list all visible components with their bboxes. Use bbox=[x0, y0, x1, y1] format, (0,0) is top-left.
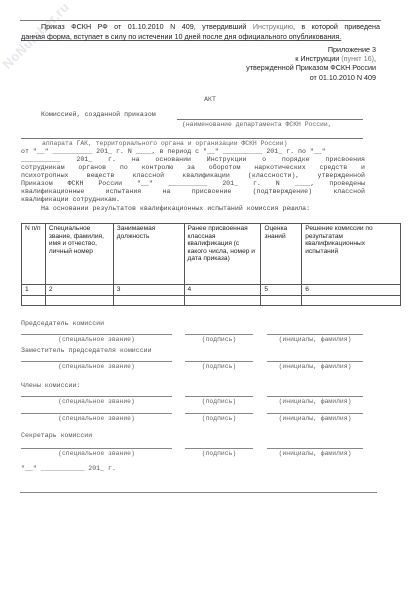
act-title: АКТ bbox=[0, 96, 420, 103]
header-position: Занимаемая должность bbox=[113, 224, 184, 285]
member-2-rank-line[interactable] bbox=[21, 413, 172, 414]
members-label: Члены комиссии: bbox=[21, 382, 80, 389]
column-number: 5 bbox=[261, 285, 302, 296]
header-rank-name: Специальное звание, фамилия, имя и отчес… bbox=[45, 224, 113, 285]
qualification-table: N п/п Специальное звание, фамилия, имя и… bbox=[21, 223, 401, 306]
initials-caption: (инициалы, фамилия) bbox=[267, 450, 363, 457]
table-cell[interactable] bbox=[302, 295, 401, 305]
table-column-numbers-row: 1 2 3 4 5 6 bbox=[22, 285, 401, 296]
initials-caption: (инициалы, фамилия) bbox=[267, 336, 363, 343]
column-number: 6 bbox=[302, 285, 401, 296]
instruction-point-link[interactable]: (пункт 16) bbox=[341, 54, 374, 63]
column-number: 3 bbox=[113, 285, 184, 296]
header-commission-decision: Решение комиссии по результатам квалифик… bbox=[302, 224, 401, 285]
chairman-label: Председатель комиссии bbox=[21, 320, 104, 327]
table-cell[interactable] bbox=[22, 295, 46, 305]
secretary-initials-line[interactable] bbox=[267, 448, 363, 449]
decision-intro: На основании результатов квалификационны… bbox=[41, 205, 310, 213]
chairman-rank-line[interactable] bbox=[21, 334, 172, 335]
member-2-initials-line[interactable] bbox=[267, 413, 363, 414]
notice-line-2: данная форма, вступает в силу по истечен… bbox=[21, 32, 380, 42]
appendix-text: , bbox=[374, 54, 376, 63]
initials-caption: (инициалы, фамилия) bbox=[267, 398, 363, 405]
signature-caption: (подпись) bbox=[185, 363, 253, 370]
appendix-number: Приложение 3 bbox=[246, 45, 376, 54]
deputy-signature-line[interactable] bbox=[185, 361, 253, 362]
notice-top-rule bbox=[20, 20, 381, 21]
table-cell[interactable] bbox=[113, 295, 184, 305]
header-number: N п/п bbox=[22, 224, 46, 285]
deputy-initials-line[interactable] bbox=[267, 361, 363, 362]
header-previous-qualification: Ранее присвоенная классная квалификация … bbox=[184, 224, 261, 285]
secretary-signature-line[interactable] bbox=[185, 448, 253, 449]
appendix-instruction: к Инструкции (пункт 16), bbox=[246, 54, 376, 63]
table-header-row: N п/п Специальное звание, фамилия, имя и… bbox=[22, 224, 401, 285]
bottom-rule bbox=[20, 492, 377, 493]
secretary-label: Секретарь комиссии bbox=[21, 432, 92, 439]
secretary-rank-line[interactable] bbox=[21, 448, 172, 449]
initials-caption: (инициалы, фамилия) bbox=[267, 415, 363, 422]
chairman-signature-line[interactable] bbox=[185, 334, 253, 335]
dept-field-line[interactable] bbox=[21, 138, 363, 139]
table-cell[interactable] bbox=[261, 295, 302, 305]
signature-caption: (подпись) bbox=[185, 398, 253, 405]
appendix-text: к Инструкции bbox=[295, 54, 341, 63]
rank-caption: (специальное звание) bbox=[21, 415, 172, 422]
appendix-approved: утвержденной Приказом ФСКН России bbox=[246, 63, 376, 72]
signature-caption: (подпись) bbox=[185, 415, 253, 422]
column-number: 1 bbox=[22, 285, 46, 296]
column-number: 4 bbox=[184, 285, 261, 296]
legal-notice: Приказ ФСКН РФ от 01.10.2010 N 409, утве… bbox=[21, 22, 380, 42]
instruction-link[interactable]: Инструкцию bbox=[253, 22, 293, 31]
chairman-initials-line[interactable] bbox=[267, 334, 363, 335]
table-cell[interactable] bbox=[184, 295, 261, 305]
signature-caption: (подпись) bbox=[185, 336, 253, 343]
commission-label: Комиссией, созданной приказом bbox=[41, 111, 156, 119]
act-date: "__" ___________ 201_ г. bbox=[21, 465, 116, 472]
deputy-label: Заместитель председателя комиссии bbox=[21, 347, 152, 354]
signature-caption: (подпись) bbox=[185, 450, 253, 457]
rank-caption: (специальное звание) bbox=[21, 450, 172, 457]
member-1-initials-line[interactable] bbox=[267, 396, 363, 397]
member-1-rank-line[interactable] bbox=[21, 396, 172, 397]
act-paragraph-6: квалификации сотрудникам. bbox=[21, 196, 365, 204]
column-number: 2 bbox=[45, 285, 113, 296]
rank-caption: (специальное звание) bbox=[21, 398, 172, 405]
deputy-rank-line[interactable] bbox=[21, 361, 172, 362]
notice-line-1: Приказ ФСКН РФ от 01.10.2010 N 409, утве… bbox=[21, 22, 380, 32]
table-row bbox=[22, 295, 401, 305]
rank-caption: (специальное звание) bbox=[21, 363, 172, 370]
member-1-signature-line[interactable] bbox=[185, 396, 253, 397]
table-cell[interactable] bbox=[45, 295, 113, 305]
appendix-date: от 01.10.2010 N 409 bbox=[246, 73, 376, 82]
notice-text: , в которой приведена bbox=[293, 22, 380, 31]
rank-caption: (специальное звание) bbox=[21, 336, 172, 343]
member-2-signature-line[interactable] bbox=[185, 413, 253, 414]
commission-order-field-line[interactable] bbox=[177, 119, 363, 120]
appendix-block: Приложение 3 к Инструкции (пункт 16), ут… bbox=[246, 45, 376, 82]
header-knowledge-grade: Оценка знаний bbox=[261, 224, 302, 285]
notice-text: Приказ ФСКН РФ от 01.10.2010 N 409, утве… bbox=[41, 22, 253, 31]
initials-caption: (инициалы, фамилия) bbox=[267, 363, 363, 370]
dept-caption: (наименование департамента ФСКН России, bbox=[182, 121, 332, 129]
